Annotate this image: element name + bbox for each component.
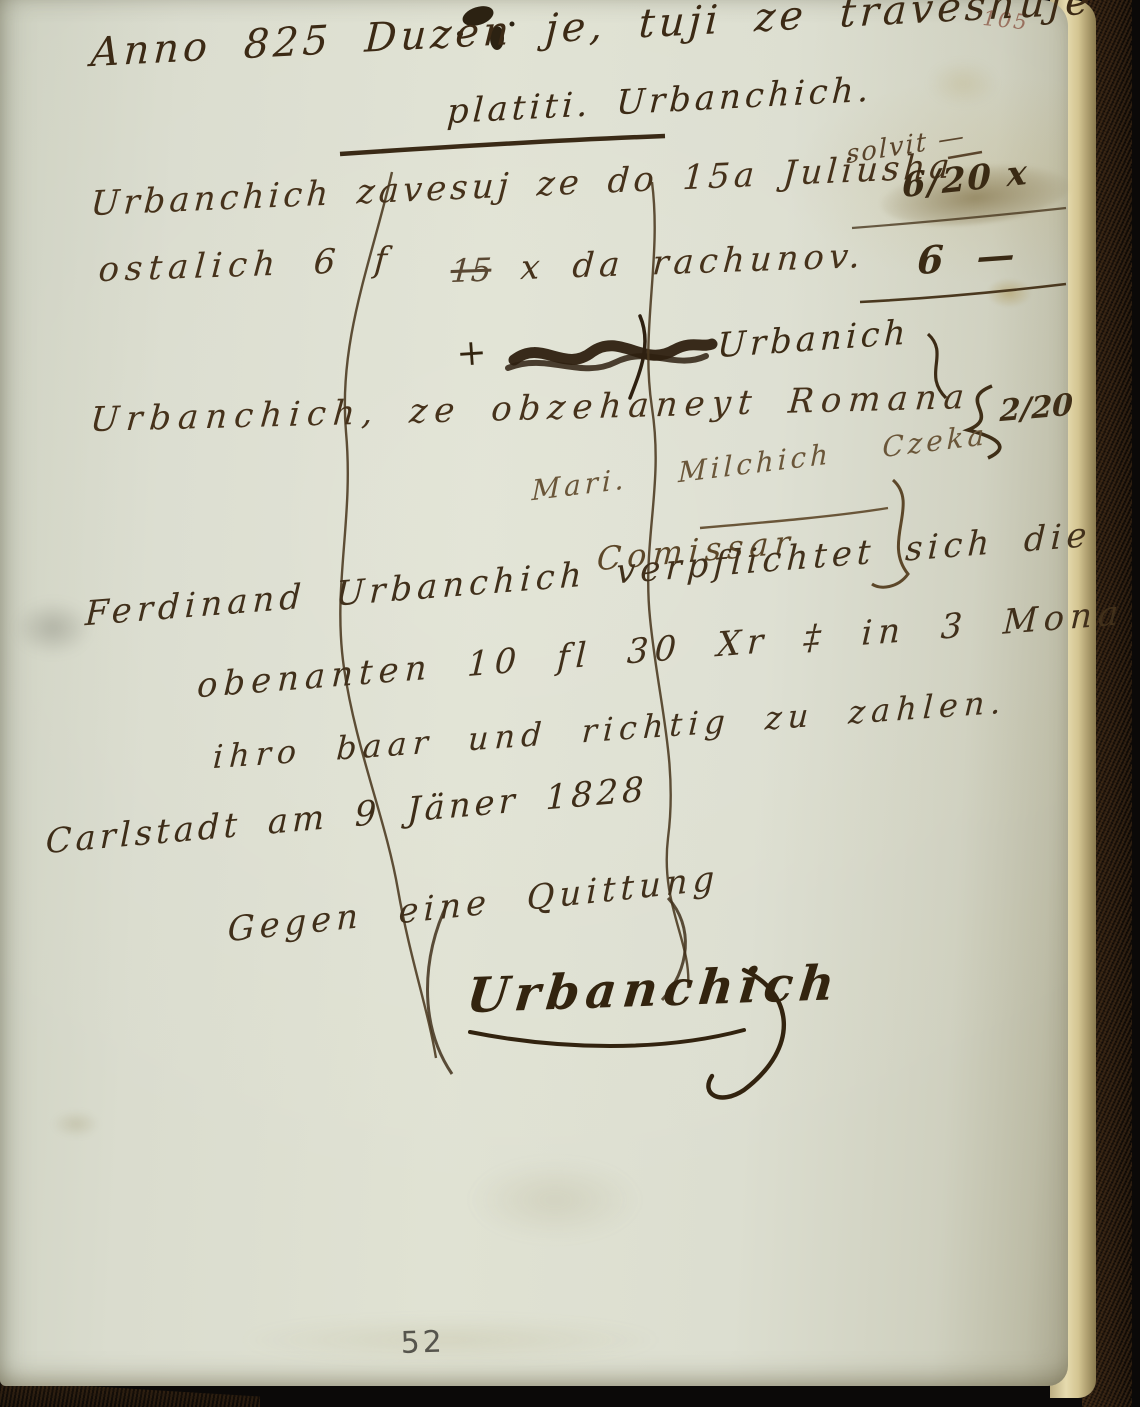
ledger-row-1-text: Urbanchich zavesuj ze do 15a Juliusha bbox=[90, 146, 955, 224]
paper-stain bbox=[986, 278, 1032, 308]
receipt-note: Gegen eine Quittung bbox=[227, 858, 719, 950]
pencil-page-number: 52 bbox=[400, 1324, 445, 1361]
paper-stain bbox=[470, 1160, 640, 1240]
ledger-row-2-struck-value: 15 bbox=[449, 251, 492, 291]
ledger-row-3-text: Urbanchich, ze obzehaneyt Romana bbox=[89, 377, 973, 440]
ledger-row-2-text-end: x da rachunov. bbox=[519, 236, 866, 288]
heading-line-2: platiti. Urbanchich. bbox=[446, 70, 874, 132]
insertion-cross-mark: + bbox=[455, 332, 488, 375]
heading-line-1: Anno 825 Duzen je, tuji ze traveshuje bbox=[90, 0, 1095, 76]
ledger-row-2-text-start: ostalich 6 f bbox=[97, 240, 394, 290]
amount-rule-2 bbox=[860, 284, 1066, 302]
paper-stain bbox=[52, 1110, 100, 1138]
manuscript-page: 105 Anno 825 Duzen je, tuji ze traveshuj… bbox=[0, 0, 1068, 1386]
insertion-name: Urbanich bbox=[717, 313, 911, 367]
witness-name: Mari. Milchich Czeka bbox=[531, 418, 988, 507]
heading-underline bbox=[340, 136, 665, 154]
dateline: Carlstadt am 9 Jäner 1828 bbox=[45, 769, 648, 862]
paper-stain bbox=[240, 1318, 660, 1362]
paper-stain bbox=[14, 600, 92, 656]
paper-stain bbox=[928, 60, 998, 106]
signature: Urbanchich bbox=[464, 955, 843, 1024]
ledger-row-2-amount: 6 — bbox=[916, 230, 1025, 283]
ledger-row-3-amount: 2/20 bbox=[999, 388, 1073, 430]
obligation-line-3: ihro baar und richtig zu zahlen. bbox=[212, 683, 1008, 777]
